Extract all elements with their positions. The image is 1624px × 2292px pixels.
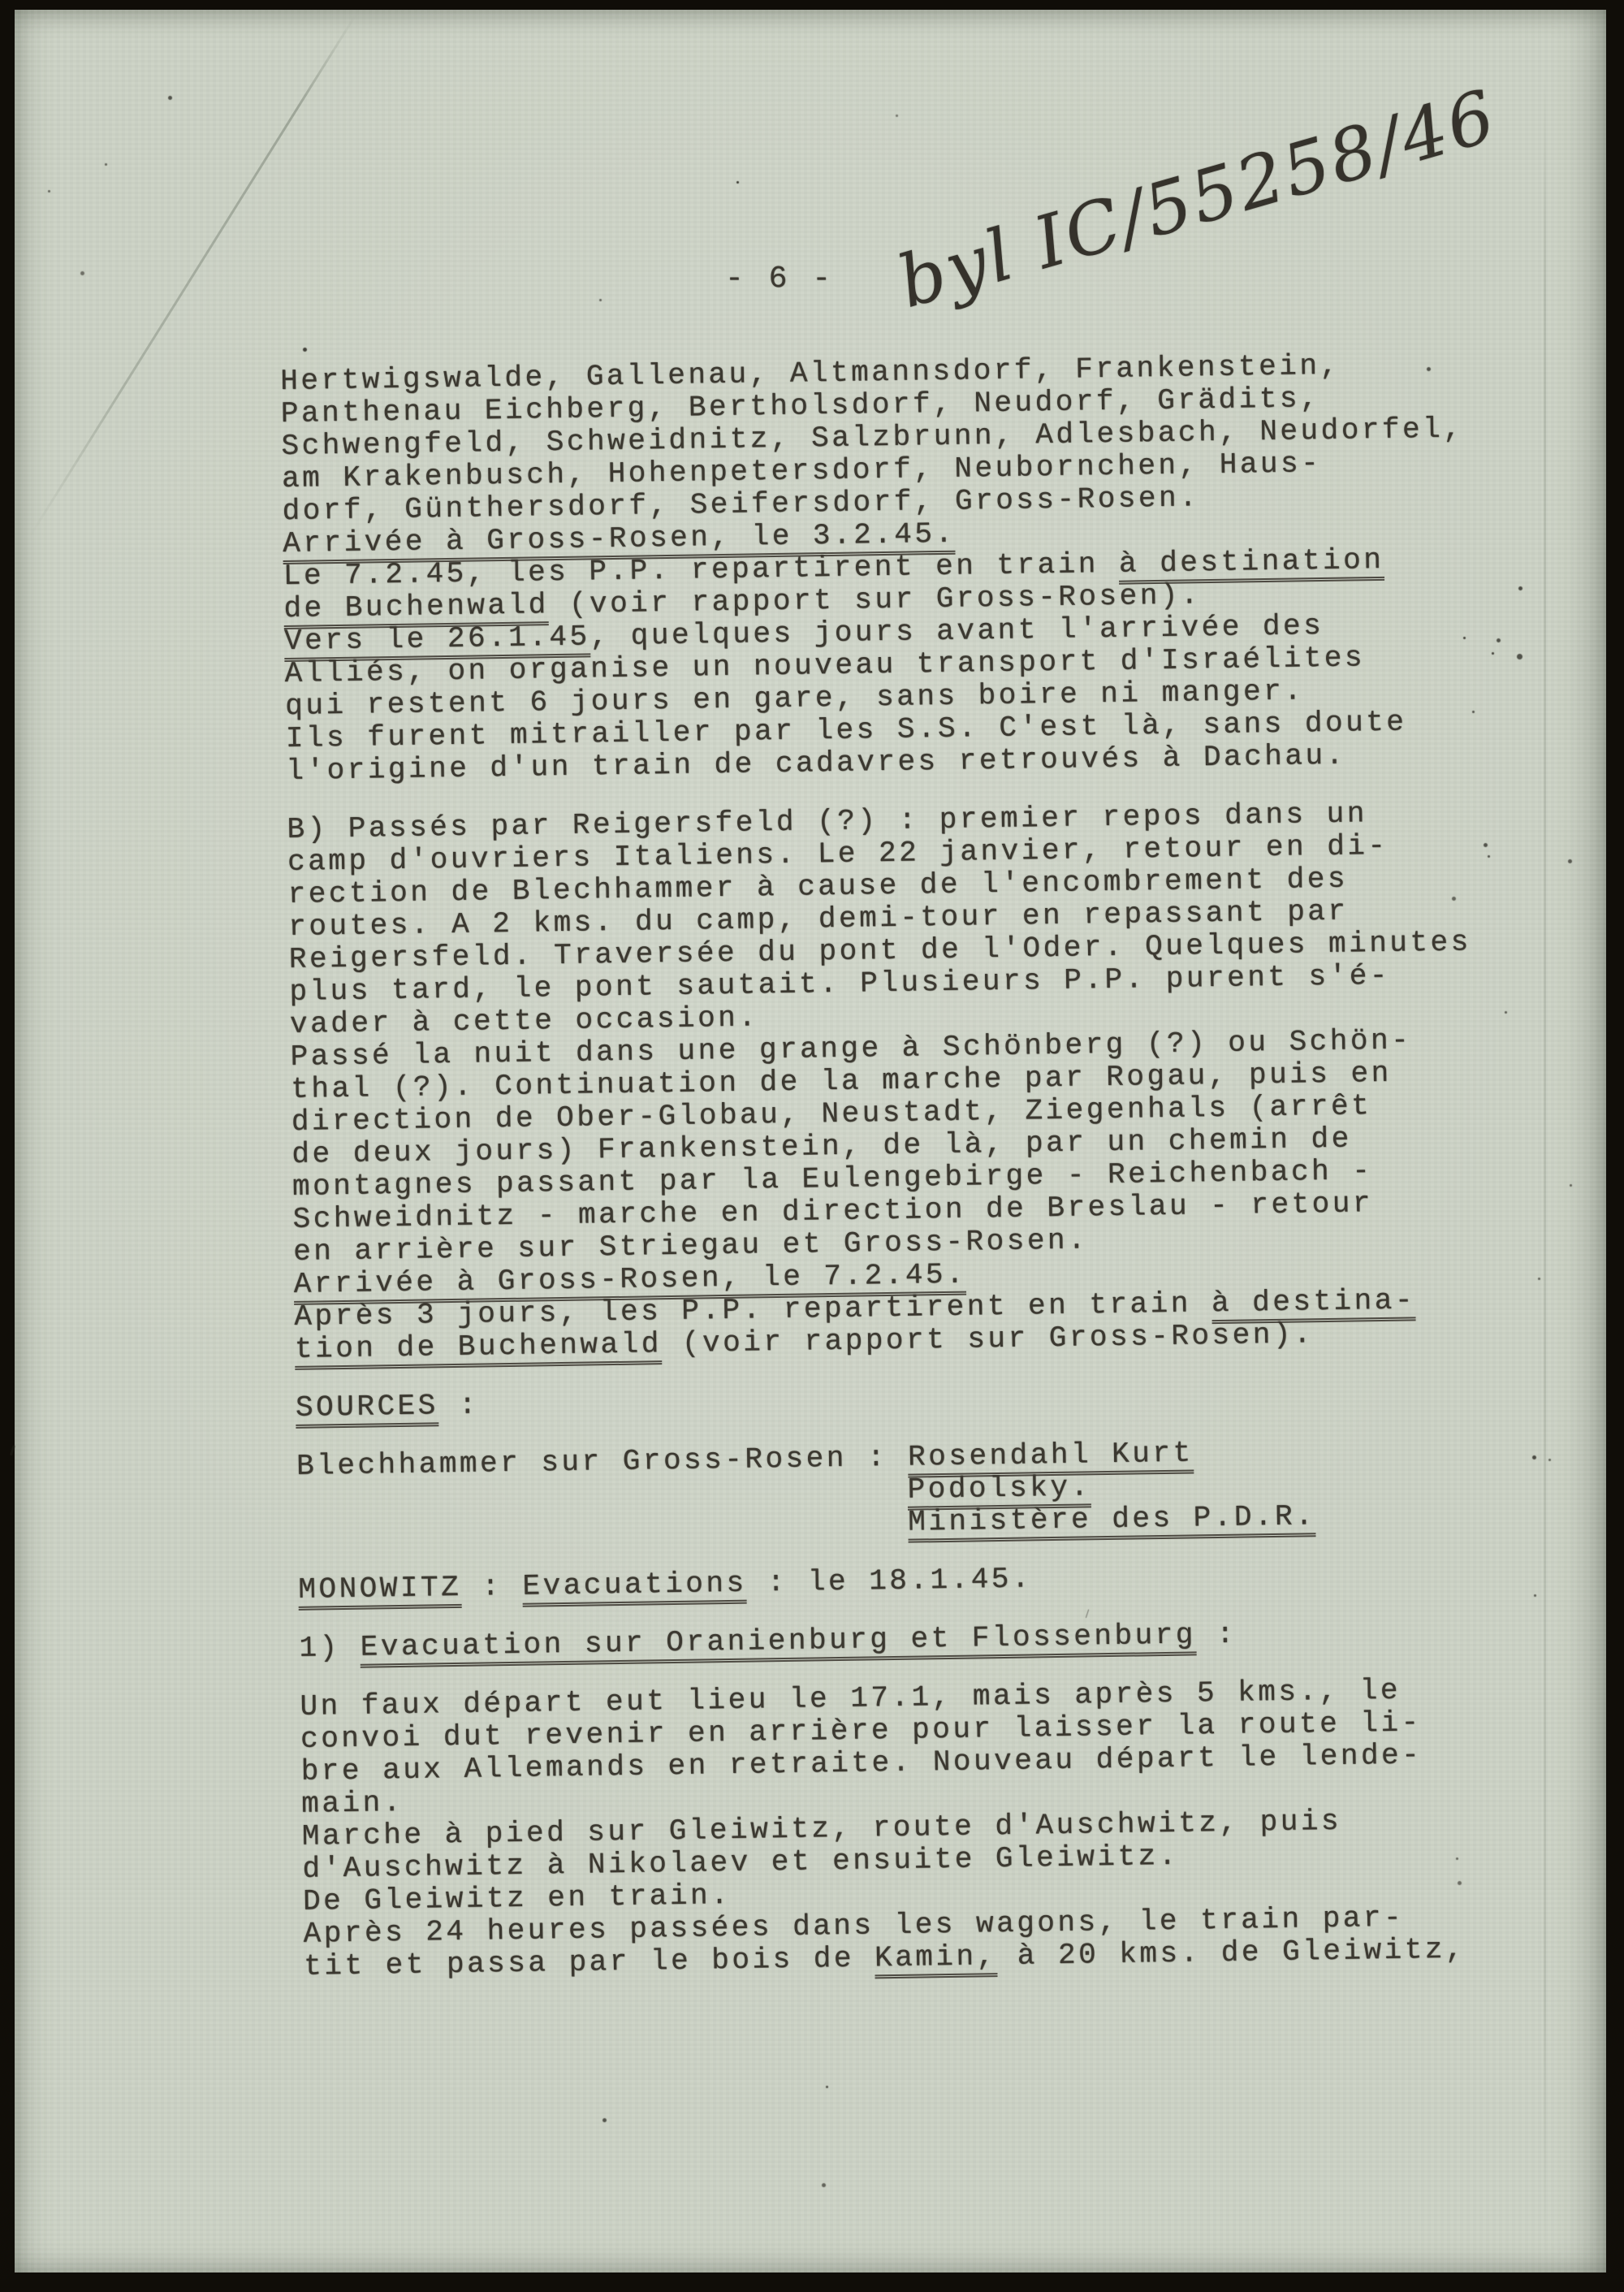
text-run: à 20 kms. de Gleiwitz,	[996, 1933, 1466, 1974]
underlined-text-run: Ministère des P.D.R.	[908, 1499, 1316, 1542]
ink-stroke-noise	[0, 0, 4, 11]
underlined-text-run: tion de Buchenwald	[295, 1327, 663, 1370]
typed-line: SOURCES :	[296, 1373, 1595, 1425]
text-run: : le 18.1.45.	[746, 1562, 1032, 1599]
text-run: :	[461, 1570, 523, 1604]
underlined-text-run: Evacuation sur Oranienburg et Flossenbur…	[360, 1618, 1196, 1667]
scanned-page: byl IC/55258/46 - 6 - Hertwigswalde, Gal…	[0, 0, 1624, 2292]
typed-line: MONOWITZ : Evacuations : le 18.1.45.	[298, 1555, 1597, 1607]
text-run: :	[438, 1389, 479, 1423]
text-run: main.	[301, 1786, 404, 1821]
underlined-text-run: SOURCES	[296, 1389, 438, 1429]
underlined-text-run: MONOWITZ	[298, 1571, 461, 1611]
underlined-text-run: Kamin,	[875, 1940, 997, 1978]
page-number: - 6 -	[725, 262, 834, 296]
text-run: :	[1196, 1618, 1237, 1652]
typed-text-block: Hertwigswalde, Gallenau, Altmannsdorf, F…	[280, 346, 1603, 1983]
underlined-text-run: Evacuations	[522, 1567, 747, 1607]
text-run: 1)	[299, 1631, 361, 1665]
typed-line: 1) Evacuation sur Oranienburg et Flossen…	[299, 1613, 1598, 1665]
